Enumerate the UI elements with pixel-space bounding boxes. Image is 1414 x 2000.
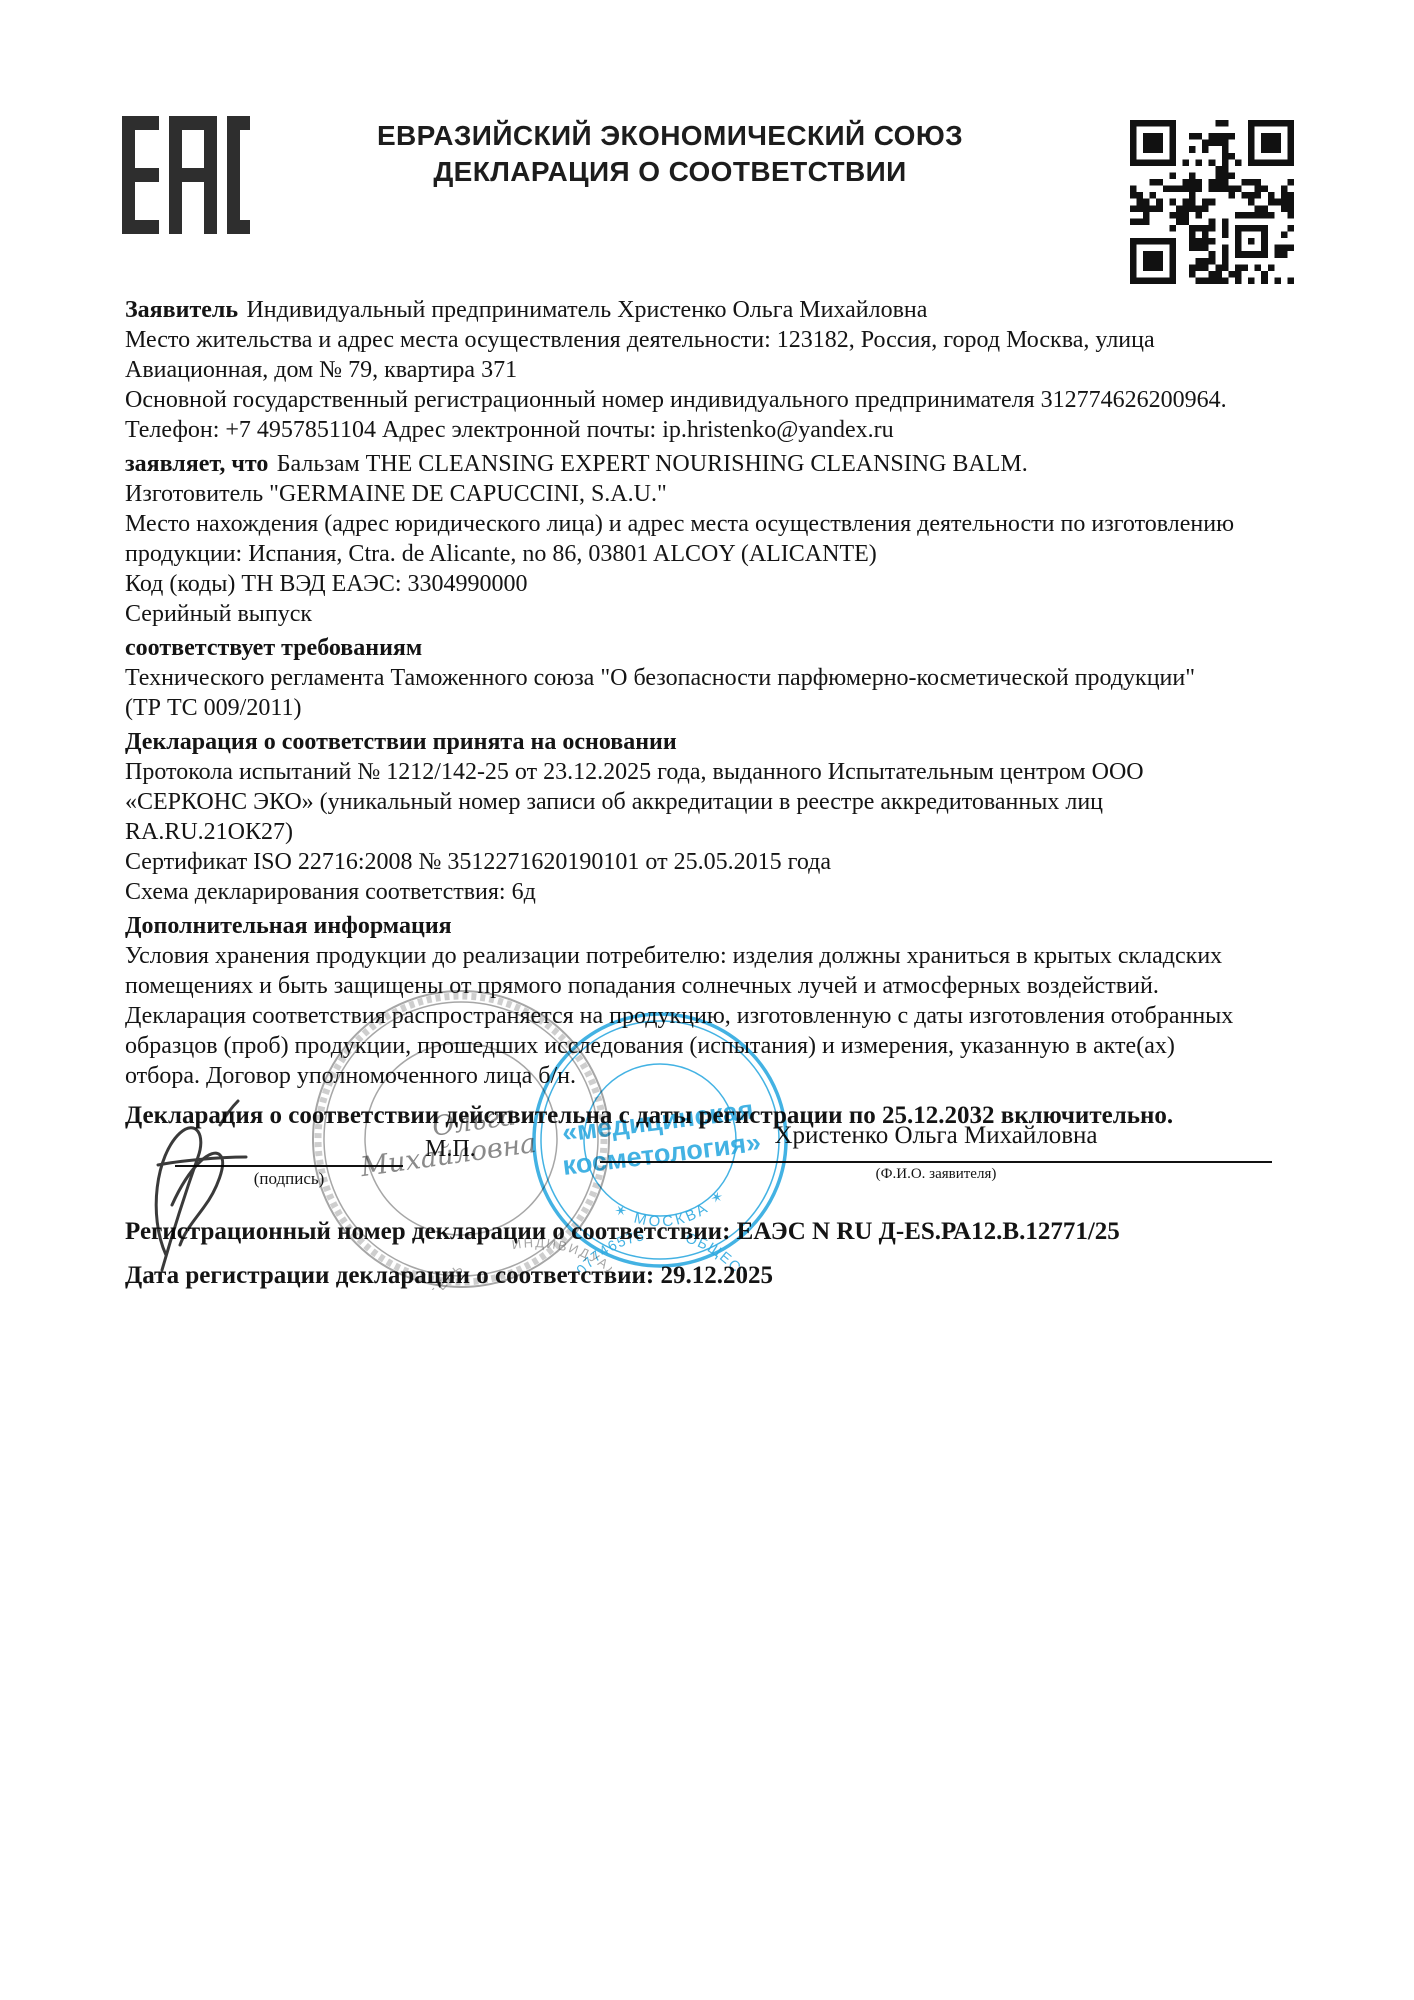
applicant-line: Авиационная, дом № 79, квартира 371 (125, 355, 1303, 385)
document-page: ЕВРАЗИЙСКИЙ ЭКОНОМИЧЕСКИЙ СОЮЗ ДЕКЛАРАЦИ… (0, 0, 1414, 2000)
declares-intro: Бальзам THE CLEANSING EXPERT NOURISHING … (277, 451, 1028, 477)
applicant-line: Место жительства и адрес места осуществл… (125, 325, 1303, 355)
additional-line: помещениях и быть защищены от прямого по… (125, 971, 1303, 1001)
title-line-2: ДЕКЛАРАЦИЯ О СООТВЕТСТВИИ (270, 154, 1070, 190)
eac-logo (122, 116, 250, 234)
additional-line: Условия хранения продукции до реализации… (125, 941, 1303, 971)
document-body: ЗаявительИндивидуальный предприниматель … (125, 295, 1303, 1095)
basis-line: «СЕРКОНС ЭКО» (уникальный номер записи о… (125, 787, 1303, 817)
blue-stamp-city-text: ✶ МОСКВА ✶ (611, 1185, 730, 1230)
complies-line: Технического регламента Таможенного союз… (125, 663, 1303, 693)
complies-heading: соответствует требованиям (125, 633, 1303, 663)
title-line-1: ЕВРАЗИЙСКИЙ ЭКОНОМИЧЕСКИЙ СОЮЗ (270, 118, 1070, 154)
applicant-first-line: ЗаявительИндивидуальный предприниматель … (125, 295, 1303, 325)
declares-first-line: заявляет, чтоБальзам THE CLEANSING EXPER… (125, 449, 1303, 479)
basis-line: RA.RU.21ОК27) (125, 817, 1303, 847)
complies-line: (ТР ТС 009/2011) (125, 693, 1303, 723)
applicant-line: Телефон: +7 4957851104 Адрес электронной… (125, 415, 1303, 445)
basis-line: Сертификат ISO 22716:2008 № 351227162019… (125, 847, 1303, 877)
qr-code-graphic (1130, 120, 1294, 284)
applicant-label: Заявитель (125, 297, 246, 323)
qr-code (1130, 120, 1294, 284)
basis-line: Схема декларирования соответствия: 6д (125, 877, 1303, 907)
declares-line: Серийный выпуск (125, 599, 1303, 629)
additional-heading: Дополнительная информация (125, 911, 1303, 941)
declares-label: заявляет, что (125, 451, 277, 477)
declares-line: Изготовитель "GERMAINE DE CAPUCCINI, S.A… (125, 479, 1303, 509)
applicant-paragraph: ЗаявительИндивидуальный предприниматель … (125, 295, 1303, 445)
applicant-line: Основной государственный регистрационный… (125, 385, 1303, 415)
declares-line: Код (коды) ТН ВЭД ЕАЭС: 3304990000 (125, 569, 1303, 599)
eac-logo-graphic (122, 116, 250, 234)
complies-paragraph: соответствует требованиям Технического р… (125, 633, 1303, 723)
document-title: ЕВРАЗИЙСКИЙ ЭКОНОМИЧЕСКИЙ СОЮЗ ДЕКЛАРАЦИ… (270, 118, 1070, 190)
basis-heading: Декларация о соответствии принята на осн… (125, 727, 1303, 757)
basis-line: Протокола испытаний № 1212/142-25 от 23.… (125, 757, 1303, 787)
declares-paragraph: заявляет, чтоБальзам THE CLEANSING EXPER… (125, 449, 1303, 629)
declares-line: Место нахождения (адрес юридического лиц… (125, 509, 1303, 539)
basis-paragraph: Декларация о соответствии принята на осн… (125, 727, 1303, 907)
blue-round-stamp: ОБЩЕСТВО С ОГРАНИЧЕННОЙ ОТВЕТСТВЕННОСТЬЮ… (528, 1008, 792, 1272)
applicant-intro: Индивидуальный предприниматель Христенко… (246, 297, 927, 323)
handwritten-signature (128, 1095, 323, 1285)
declares-line: продукции: Испания, Ctra. de Alicante, n… (125, 539, 1303, 569)
